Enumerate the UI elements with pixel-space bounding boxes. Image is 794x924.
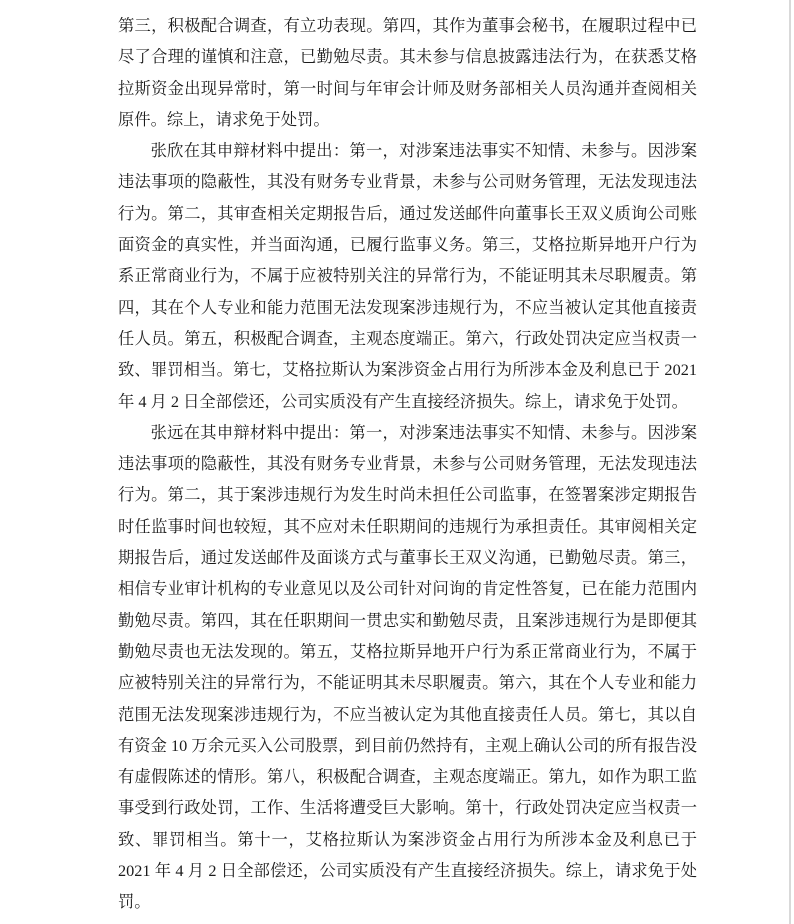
document-page: 第三，积极配合调查，有立功表现。第四，其作为董事会秘书，在履职过程中已尽了合理的…: [0, 0, 794, 924]
paragraph-continuation: 第三，积极配合调查，有立功表现。第四，其作为董事会秘书，在履职过程中已尽了合理的…: [118, 10, 697, 135]
page-edge-line: [789, 0, 791, 924]
paragraph-zhangyuan-defense: 张远在其申辩材料中提出：第一，对涉案违法事实不知情、未参与。因涉案违法事项的隐蔽…: [118, 417, 697, 918]
paragraph-zhangxin-defense: 张欣在其申辩材料中提出：第一，对涉案违法事实不知情、未参与。因涉案违法事项的隐蔽…: [118, 135, 697, 417]
document-text-column: 第三，积极配合调查，有立功表现。第四，其作为董事会秘书，在履职过程中已尽了合理的…: [118, 10, 697, 918]
